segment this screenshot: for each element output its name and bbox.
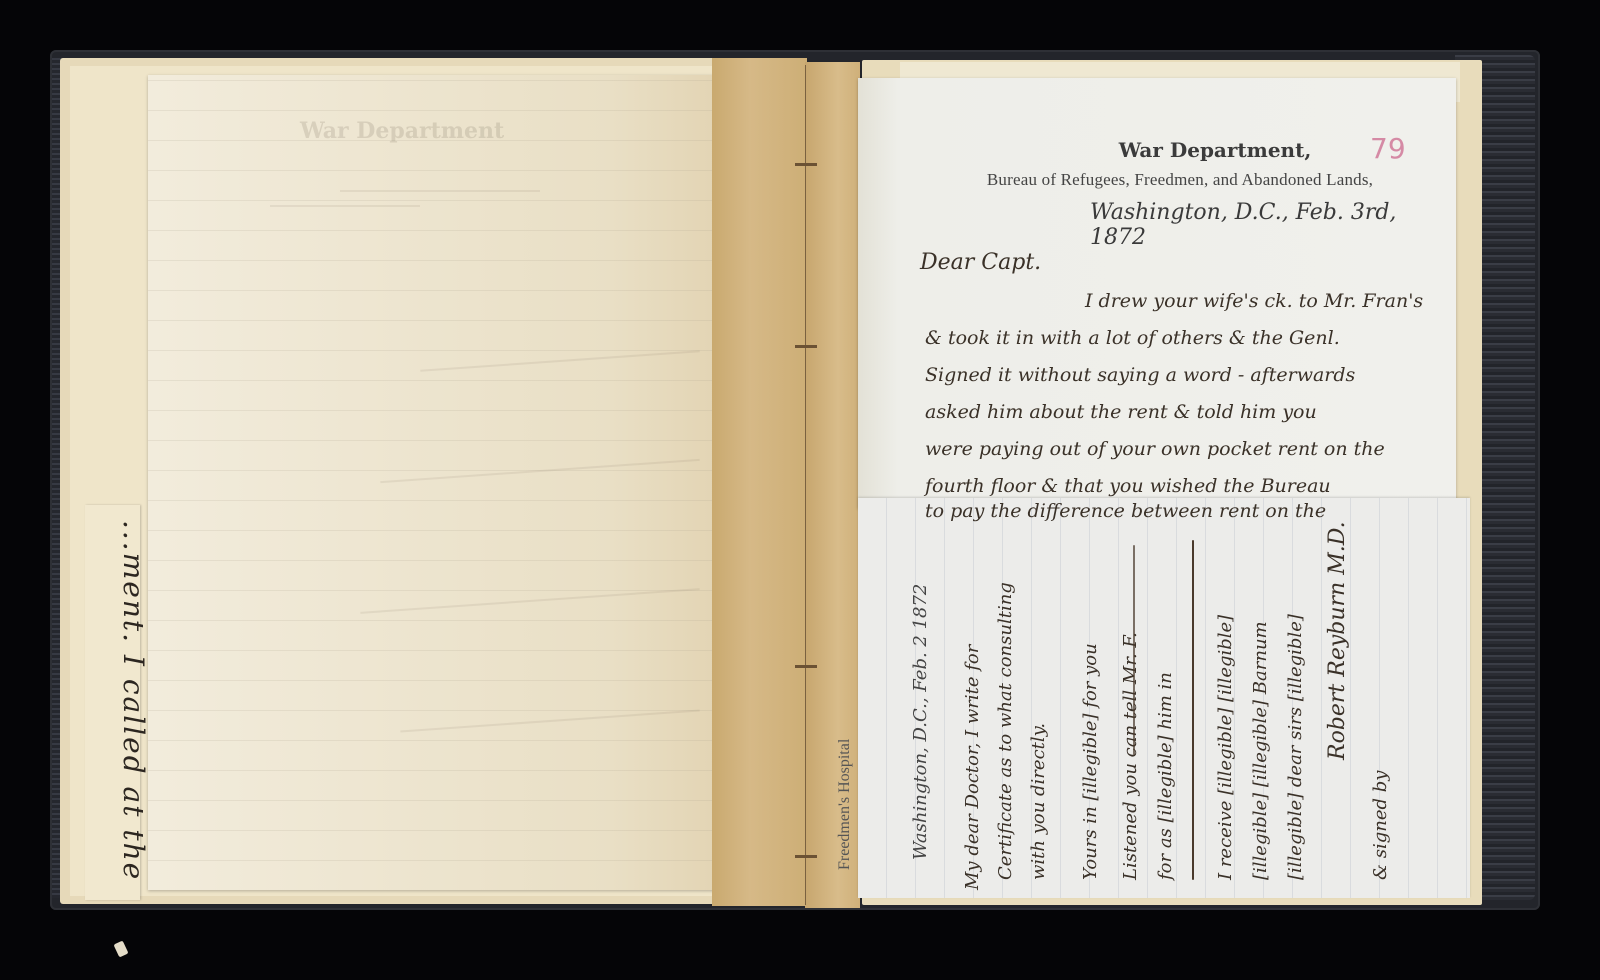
note-column: My dear Doctor, I write for [962,530,983,890]
note-column: with you directly. [1028,560,1049,880]
left-page [148,75,728,890]
letter-line: asked him about the rent & told him you [925,401,1317,423]
letterhead-place-date: Washington, D.C., Feb. 3rd, 1872 [1090,200,1450,250]
left-page-ghost-heading: War Department [300,118,504,144]
stitch [795,163,817,166]
faint-rule [340,190,540,192]
letter-line: were paying out of your own pocket rent … [925,438,1385,460]
letter-line: & took it in with a lot of others & the … [925,327,1340,349]
stitch [795,665,817,668]
folio-number-letter: 79 [1370,132,1406,165]
note-column: Certificate as to what consulting [995,540,1016,880]
spine-fold [805,65,806,905]
note-column: [illegible] [illegible] Barnum [1250,540,1271,880]
stitch [795,855,817,858]
binding-tape-left [712,58,807,906]
note-vertical-rule [1192,540,1194,880]
note-column: Listened you can tell Mr. F. [1120,540,1141,880]
note-column: [illegible] dear sirs [illegible] [1285,540,1306,880]
note-signature: Robert Reyburn M.D. [1325,520,1350,760]
note-place-date: Washington, D.C., Feb. 2 1872 [910,560,960,860]
paper-fragment [114,941,129,958]
faint-rule [270,205,420,207]
note-column: for as [illegible] him in [1155,540,1176,880]
note-column: Yours in [illegible] for you [1080,540,1101,880]
left-folded-note-text: ...ment. I called at the [70,520,150,890]
note-vertical-rule [1133,545,1135,755]
letterhead-subtitle: Bureau of Refugees, Freedmen, and Abando… [900,170,1460,190]
letter-line-partial: to pay the difference between rent on th… [925,500,1326,522]
letter-line: Signed it without saying a word - afterw… [925,364,1355,386]
letter-line: I drew your wife's ck. to Mr. Fran's [1085,290,1423,312]
letter-line: fourth floor & that you wished the Burea… [925,475,1331,497]
letter-salutation: Dear Capt. [920,250,1041,275]
note-column: I receive [illegible] [illegible] [1215,540,1236,880]
letterhead-title: War Department, [1000,138,1430,162]
stitch [795,345,817,348]
note-column: & signed by [1370,520,1391,880]
